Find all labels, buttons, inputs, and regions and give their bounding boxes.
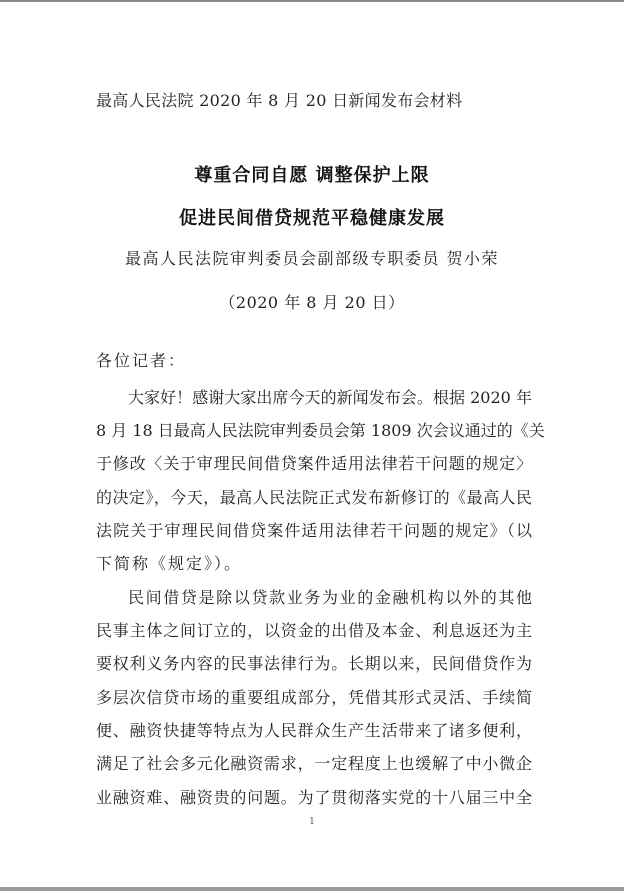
paragraph-line: 8 月 18 日最高人民法院审判委员会第 1809 次会议通过的《关 — [96, 420, 532, 442]
paragraph-line: 大家好！感谢大家出席今天的新闻发布会。根据 2020 年 — [128, 387, 532, 409]
paragraph-line: 业融资难、融资贵的问题。为了贯彻落实党的十八届三中全 — [96, 787, 532, 809]
paragraph-line: 多层次信贷市场的重要组成部分，凭借其形式灵活、手续简 — [96, 687, 532, 709]
paragraph-line: 的决定》，今天，最高人民法院正式发布新修订的《最高人民 — [96, 487, 532, 509]
paragraph-line: 满足了社会多元化融资需求，一定程度上也缓解了中小微企 — [96, 753, 532, 775]
paragraph-line: 于修改〈关于审理民间借贷案件适用法律若干问题的规定〉 — [96, 453, 532, 475]
paragraph-line: 下简称《规定》）。 — [96, 553, 532, 575]
paragraph-line: 法院关于审理民间借贷案件适用法律若干问题的规定》（以 — [96, 520, 532, 542]
document-author: 最高人民法院审判委员会副部级专职委员 贺小荣 — [0, 246, 624, 269]
salutation: 各位记者： — [96, 350, 532, 372]
paragraph-line: 便、融资快捷等特点为人民群众生产生活带来了诸多便利， — [96, 720, 532, 742]
paragraph-line: 民事主体之间订立的，以资金的出借及本金、利息返还为主 — [96, 620, 532, 642]
paragraph-line: 民间借贷是除以贷款业务为业的金融机构以外的其他 — [128, 587, 532, 609]
page-number: 1 — [0, 817, 624, 827]
document-title-line-1: 尊重合同自愿 调整保护上限 — [0, 161, 624, 187]
document-page: 最高人民法院 2020 年 8 月 20 日新闻发布会材料 尊重合同自愿 调整保… — [0, 2, 624, 887]
document-header: 最高人民法院 2020 年 8 月 20 日新闻发布会材料 — [96, 88, 462, 111]
document-title-line-2: 促进民间借贷规范平稳健康发展 — [0, 204, 624, 230]
paragraph-line: 要权利义务内容的民事法律行为。长期以来，民间借贷作为 — [96, 653, 532, 675]
viewer-bottom-border — [0, 887, 624, 891]
document-date: （2020 年 8 月 20 日） — [0, 290, 624, 313]
